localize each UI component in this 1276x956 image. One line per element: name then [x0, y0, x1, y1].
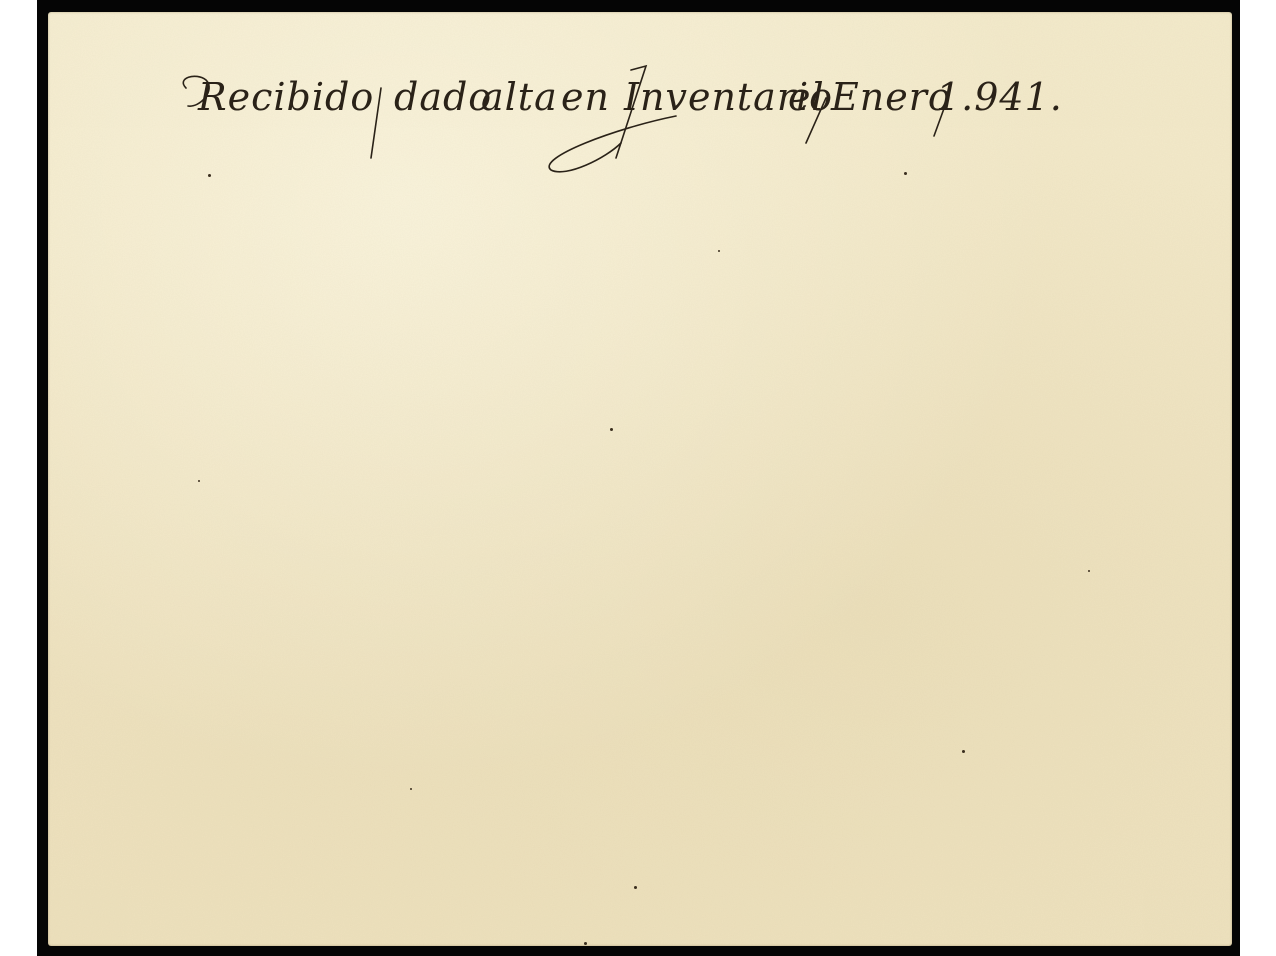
paper-speck: [198, 480, 200, 482]
paper-speck: [634, 886, 637, 889]
paper-speck: [208, 174, 211, 177]
paper-speck: [1088, 570, 1090, 572]
word-el: el: [788, 75, 825, 119]
paper-speck: [962, 750, 965, 753]
paper-speck: [610, 428, 613, 431]
word-enero: Enero: [830, 75, 952, 119]
word-alta: alta: [481, 75, 558, 119]
inscription-strokes: Recibido dado alta en Inventario el Ener…: [176, 48, 996, 188]
paper-speck: [718, 250, 720, 252]
word-en: en: [561, 75, 610, 119]
word-year: 1.941.: [936, 75, 1063, 119]
paper-speck: [584, 942, 587, 945]
handwritten-inscription: Recibido y dado alta en Inventario el 9 …: [176, 48, 996, 188]
scan-canvas: Recibido y dado alta en Inventario el 9 …: [0, 0, 1276, 956]
word-dado: dado: [394, 75, 492, 119]
word-recibido: Recibido: [197, 75, 374, 119]
paper-card: Recibido y dado alta en Inventario el 9 …: [48, 12, 1232, 946]
paper-speck: [410, 788, 412, 790]
paper-speck: [904, 172, 907, 175]
